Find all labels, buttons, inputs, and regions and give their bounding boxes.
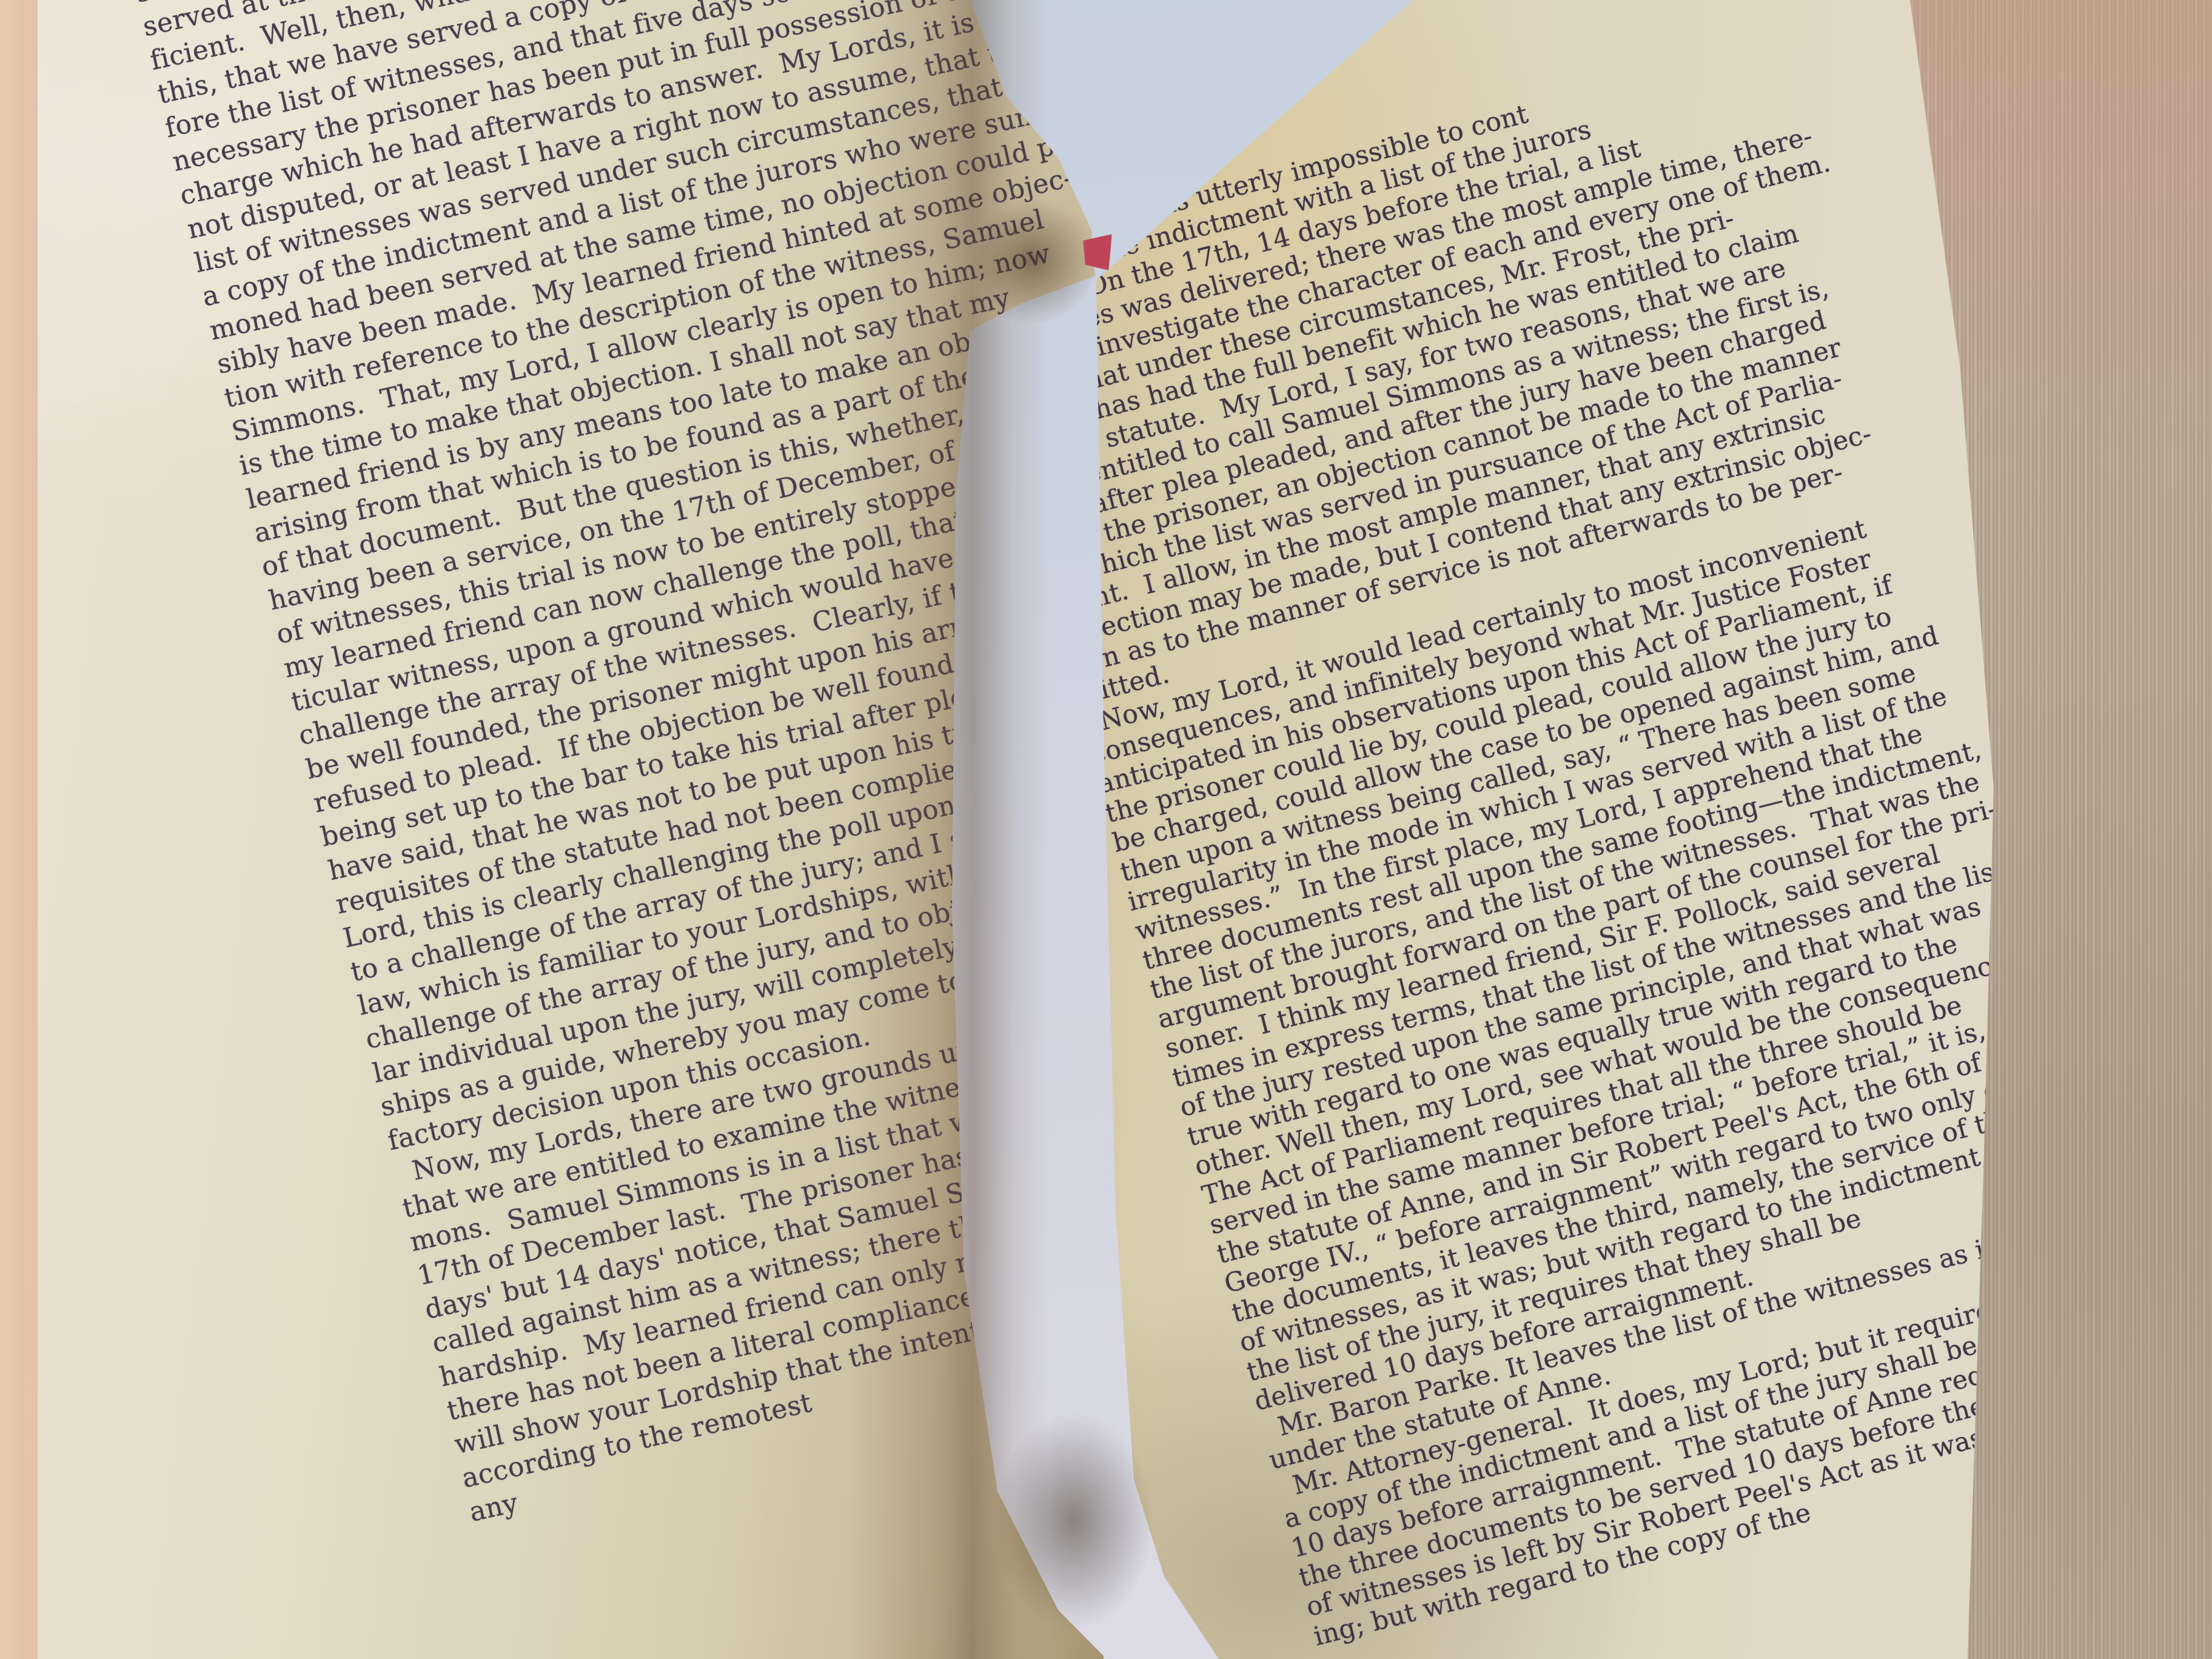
book-photo: served in such a time, It is not dispute… bbox=[0, 0, 2212, 1659]
left-page: served in such a time, It is not dispute… bbox=[0, 0, 1104, 1659]
left-page-text: served in such a time, It is not dispute… bbox=[132, 0, 1104, 1530]
right-page-text: for hardship, it is utterly impossible t… bbox=[961, 29, 2156, 1652]
